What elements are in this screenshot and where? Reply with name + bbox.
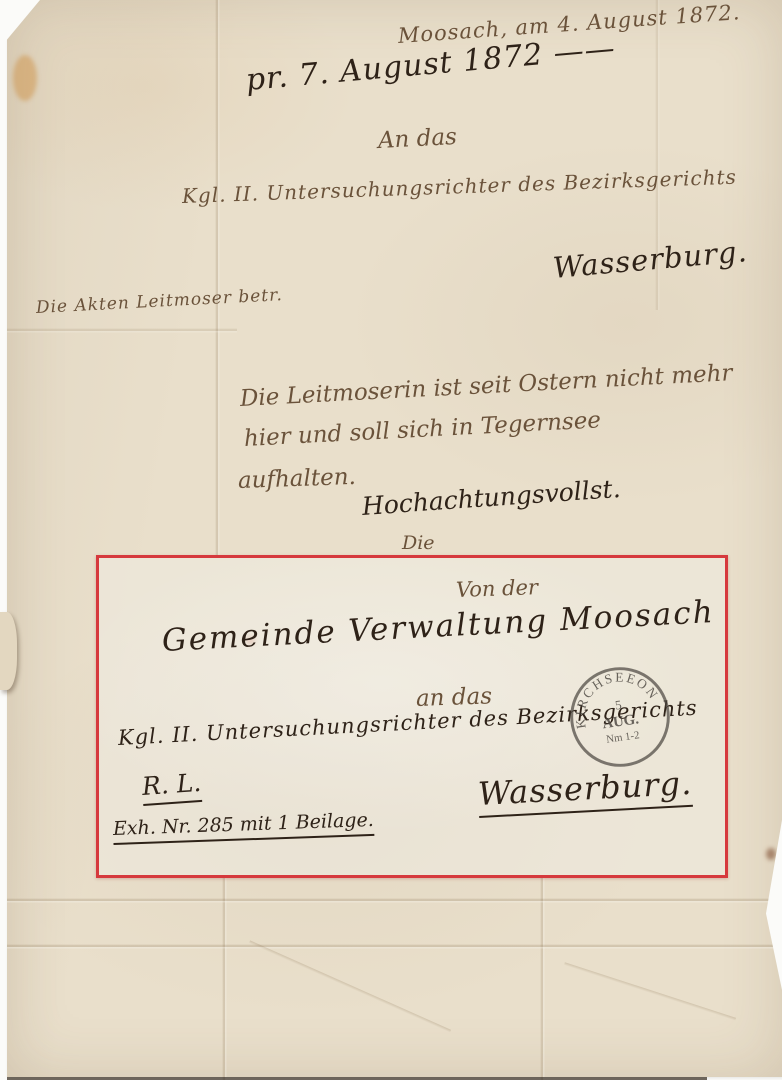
inset-from-label: Von der (456, 577, 539, 601)
closing-continuation: Die (402, 534, 435, 553)
fold-line-horizontal-upper (7, 328, 237, 333)
paper-stain-topleft (13, 55, 37, 101)
postmark-time: Nm 1-2 (606, 729, 641, 746)
inset-registry-mark: R. L. (141, 768, 202, 806)
letter-paper (7, 0, 782, 1077)
salutation-line: An das (377, 126, 457, 153)
paper-stain-rightedge (766, 848, 776, 860)
body-line-3: aufhalten. (238, 466, 357, 493)
fold-line-vertical-left-bottom (222, 875, 227, 1080)
fold-line-horizontal-lower1 (7, 898, 782, 903)
torn-paper-flap (0, 612, 17, 690)
fold-line-vertical-right-bottom (540, 875, 545, 1080)
fold-line-vertical-left (215, 0, 220, 558)
fold-line-horizontal-lower2 (7, 944, 782, 949)
scanned-letter-page: Moosach, am 4. August 1872. pr. 7. Augus… (0, 0, 782, 1080)
postmark-day: 5 (614, 698, 622, 713)
